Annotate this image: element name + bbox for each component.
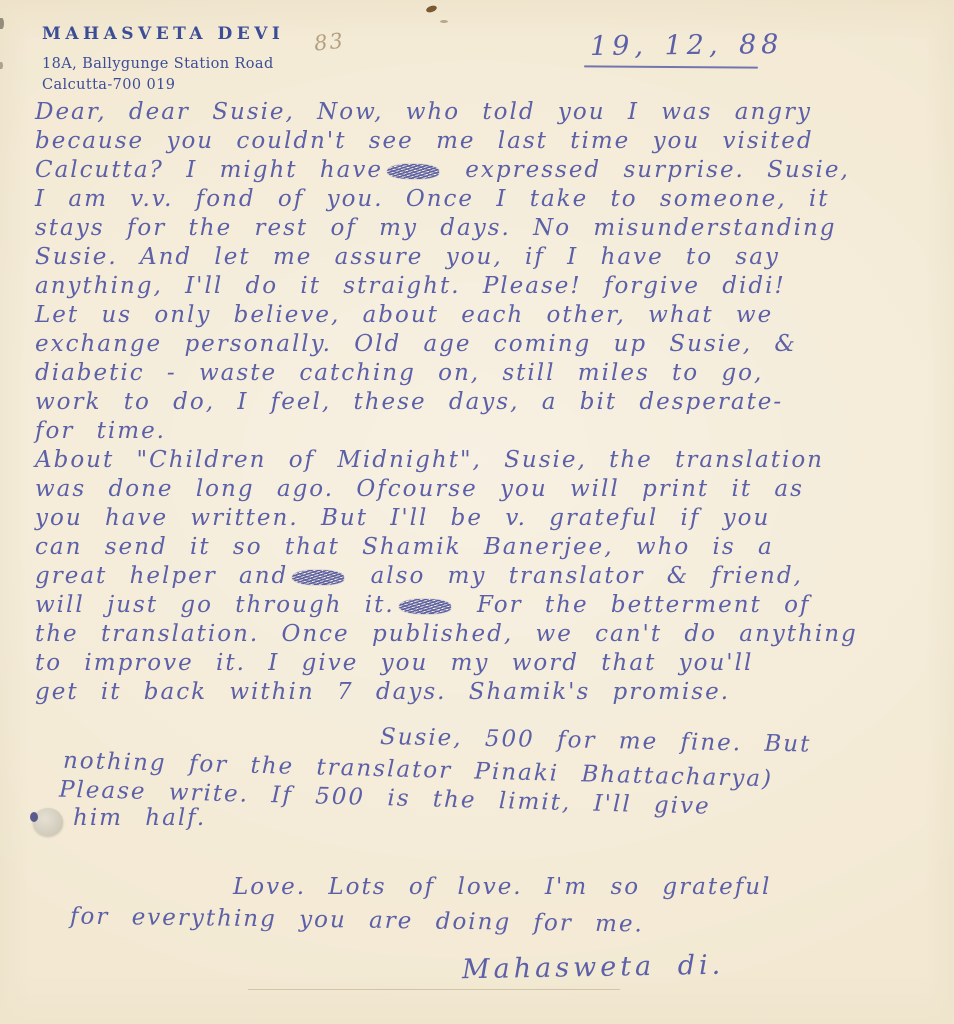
letter-line-text: diabetic - waste catching on, still mile… — [35, 360, 763, 386]
letter-line: Dear, dear Susie, Now, who told you I wa… — [35, 98, 935, 127]
letter-line-text: expressed surprise. Susie, — [443, 157, 850, 183]
letter-line-text: I am v.v. fond of you. Once I take to so… — [35, 186, 830, 212]
letter-line: great helper and also my translator & fr… — [35, 562, 935, 591]
letter-line: About "Children of Midnight", Susie, the… — [35, 446, 935, 475]
letter-line-text: stays for the rest of my days. No misund… — [35, 215, 837, 241]
letter-line: to improve it. I give you my word that y… — [35, 649, 935, 678]
letter-page: MAHASVETA DEVI 18A, Ballygunge Station R… — [0, 0, 954, 1024]
crossed-out-word — [387, 164, 439, 179]
letter-line-text: the translation. Once published, we can'… — [35, 621, 858, 647]
letter-line-text: Love. Lots of love. I'm so grateful — [233, 874, 771, 900]
letter-line-text: great helper and — [35, 563, 288, 589]
crossed-out-word — [292, 570, 344, 585]
scan-edge-mark — [0, 18, 4, 29]
letterhead: MAHASVETA DEVI 18A, Ballygunge Station R… — [42, 24, 284, 96]
letter-line-text: anything, I'll do it straight. Please! f… — [35, 273, 786, 299]
letter-line: Susie. And let me assure you, if I have … — [35, 243, 935, 272]
letter-line: will just go through it. For the betterm… — [35, 591, 935, 620]
letter-line: for time. — [35, 417, 935, 446]
letter-line-text: for time. — [35, 418, 166, 444]
letter-line-text: to improve it. I give you my word that y… — [35, 650, 753, 676]
letter-line-text: Susie. And let me assure you, if I have … — [35, 244, 780, 270]
letter-line-text: Susie, 500 for me fine. But — [380, 724, 812, 758]
letter-line: Let us only believe, about each other, w… — [35, 301, 935, 330]
letter-line: exchange personally. Old age coming up S… — [35, 330, 935, 359]
letter-line: because you couldn't see me last time yo… — [35, 127, 935, 156]
letter-line: stays for the rest of my days. No misund… — [35, 214, 935, 243]
letter-line-text: also my translator & friend, — [348, 563, 803, 589]
letter-line-text: for everything you are doing for me. — [70, 903, 644, 937]
crossed-out-word — [399, 599, 451, 614]
pencil-page-number: 83 — [313, 28, 346, 55]
letter-line-text: because you couldn't see me last time yo… — [35, 128, 814, 154]
letter-line: diabetic - waste catching on, still mile… — [35, 359, 935, 388]
letterhead-name: MAHASVETA DEVI — [42, 24, 284, 44]
letter-line: anything, I'll do it straight. Please! f… — [35, 272, 935, 301]
letter-line-text: Let us only believe, about each other, w… — [35, 302, 773, 328]
letterhead-address-line1: 18A, Ballygunge Station Road — [42, 54, 284, 75]
letter-line: work to do, I feel, these days, a bit de… — [35, 388, 935, 417]
paper-speck — [440, 20, 448, 23]
letter-line-text: For the betterment of — [455, 592, 811, 618]
letter-line-text: Dear, dear Susie, Now, who told you I wa… — [35, 99, 812, 125]
letter-line: for everything you are doing for me. — [35, 902, 935, 944]
paper-speck — [425, 4, 437, 13]
letter-line-text: can send it so that Shamik Banerjee, who… — [35, 534, 774, 560]
letter-line: I am v.v. fond of you. Once I take to so… — [35, 185, 935, 214]
letter-body: Dear, dear Susie, Now, who told you I wa… — [35, 98, 935, 931]
letter-line-text: Calcutta? I might have — [35, 157, 383, 183]
hole-punch — [33, 808, 63, 836]
scan-edge-mark — [0, 62, 3, 69]
letter-line: was done long ago. Ofcourse you will pri… — [35, 475, 935, 504]
letter-line-text: work to do, I feel, these days, a bit de… — [35, 389, 783, 415]
letter-line-text: get it back within 7 days. Shamik's prom… — [35, 679, 730, 705]
letter-line-text: was done long ago. Ofcourse you will pri… — [35, 476, 804, 502]
letter-line: the translation. Once published, we can'… — [35, 620, 935, 649]
letter-line: can send it so that Shamik Banerjee, who… — [35, 533, 935, 562]
letter-line: Calcutta? I might have expressed surpris… — [35, 156, 935, 185]
letter-line: get it back within 7 days. Shamik's prom… — [35, 678, 935, 707]
letter-line: Love. Lots of love. I'm so grateful — [35, 873, 935, 902]
ink-blot — [30, 812, 38, 822]
letter-line: you have written. But I'll be v. gratefu… — [35, 504, 935, 533]
letter-date: 19, 12, 88 — [590, 29, 784, 62]
letterhead-address-line2: Calcutta-700 019 — [42, 75, 284, 96]
letter-line-text: you have written. But I'll be v. gratefu… — [35, 505, 770, 531]
signature: Mahasweta di. — [462, 950, 725, 986]
letter-line-text: him half. — [73, 805, 206, 831]
letter-line-text: exchange personally. Old age coming up S… — [35, 331, 797, 357]
date-underline — [584, 65, 758, 68]
letter-line-text: will just go through it. — [35, 592, 395, 618]
paper-crease — [248, 989, 620, 990]
letter-line-text: About "Children of Midnight", Susie, the… — [35, 447, 824, 473]
